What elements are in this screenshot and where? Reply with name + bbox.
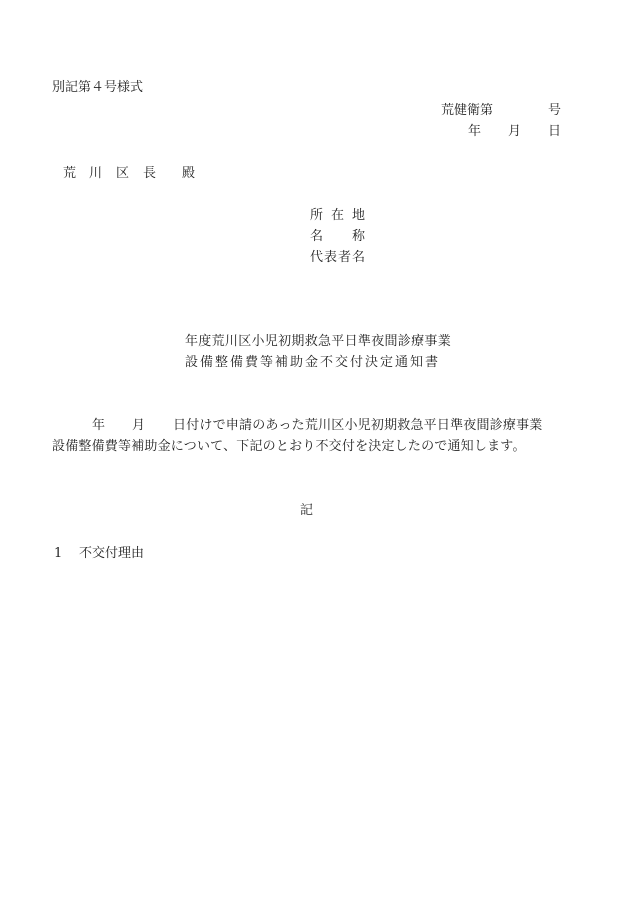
addressee-char: 荒 xyxy=(63,166,76,182)
title-line-2: 設備整備費等補助金不交付決定通知書 xyxy=(185,355,440,371)
addressee-char: 区 xyxy=(116,166,129,182)
address-label-char: 所 xyxy=(310,208,323,224)
form-number: 別記第４号様式 xyxy=(52,80,143,96)
date-year: 年 xyxy=(468,124,481,140)
date-month: 月 xyxy=(508,124,521,140)
doc-number-suffix: 号 xyxy=(548,103,561,119)
addressee-honorific: 殿 xyxy=(182,166,195,182)
body-year: 年 xyxy=(92,418,105,434)
name-label-char: 名 xyxy=(310,229,323,245)
name-label-char: 称 xyxy=(352,229,365,245)
date-day: 日 xyxy=(548,124,561,140)
addressee-char: 長 xyxy=(143,166,156,182)
item-label: 不交付理由 xyxy=(79,546,144,562)
ki-heading: 記 xyxy=(300,503,313,519)
body-line-1: 日付けで申請のあった荒川区小児初期救急平日準夜間診療事業 xyxy=(173,418,542,434)
doc-number-prefix: 荒健衛第 xyxy=(441,103,493,119)
title-line-1: 年度荒川区小児初期救急平日準夜間診療事業 xyxy=(185,334,451,350)
body-line-2: 設備整備費等補助金について、下記のとおり不交付を決定したので通知します。 xyxy=(52,439,526,455)
address-label-char: 在 xyxy=(331,208,344,224)
address-label-char: 地 xyxy=(352,208,365,224)
item-number: 1 xyxy=(54,546,62,562)
body-month: 月 xyxy=(132,418,145,434)
representative-label: 代表者名 xyxy=(310,250,366,266)
addressee-char: 川 xyxy=(89,166,102,182)
